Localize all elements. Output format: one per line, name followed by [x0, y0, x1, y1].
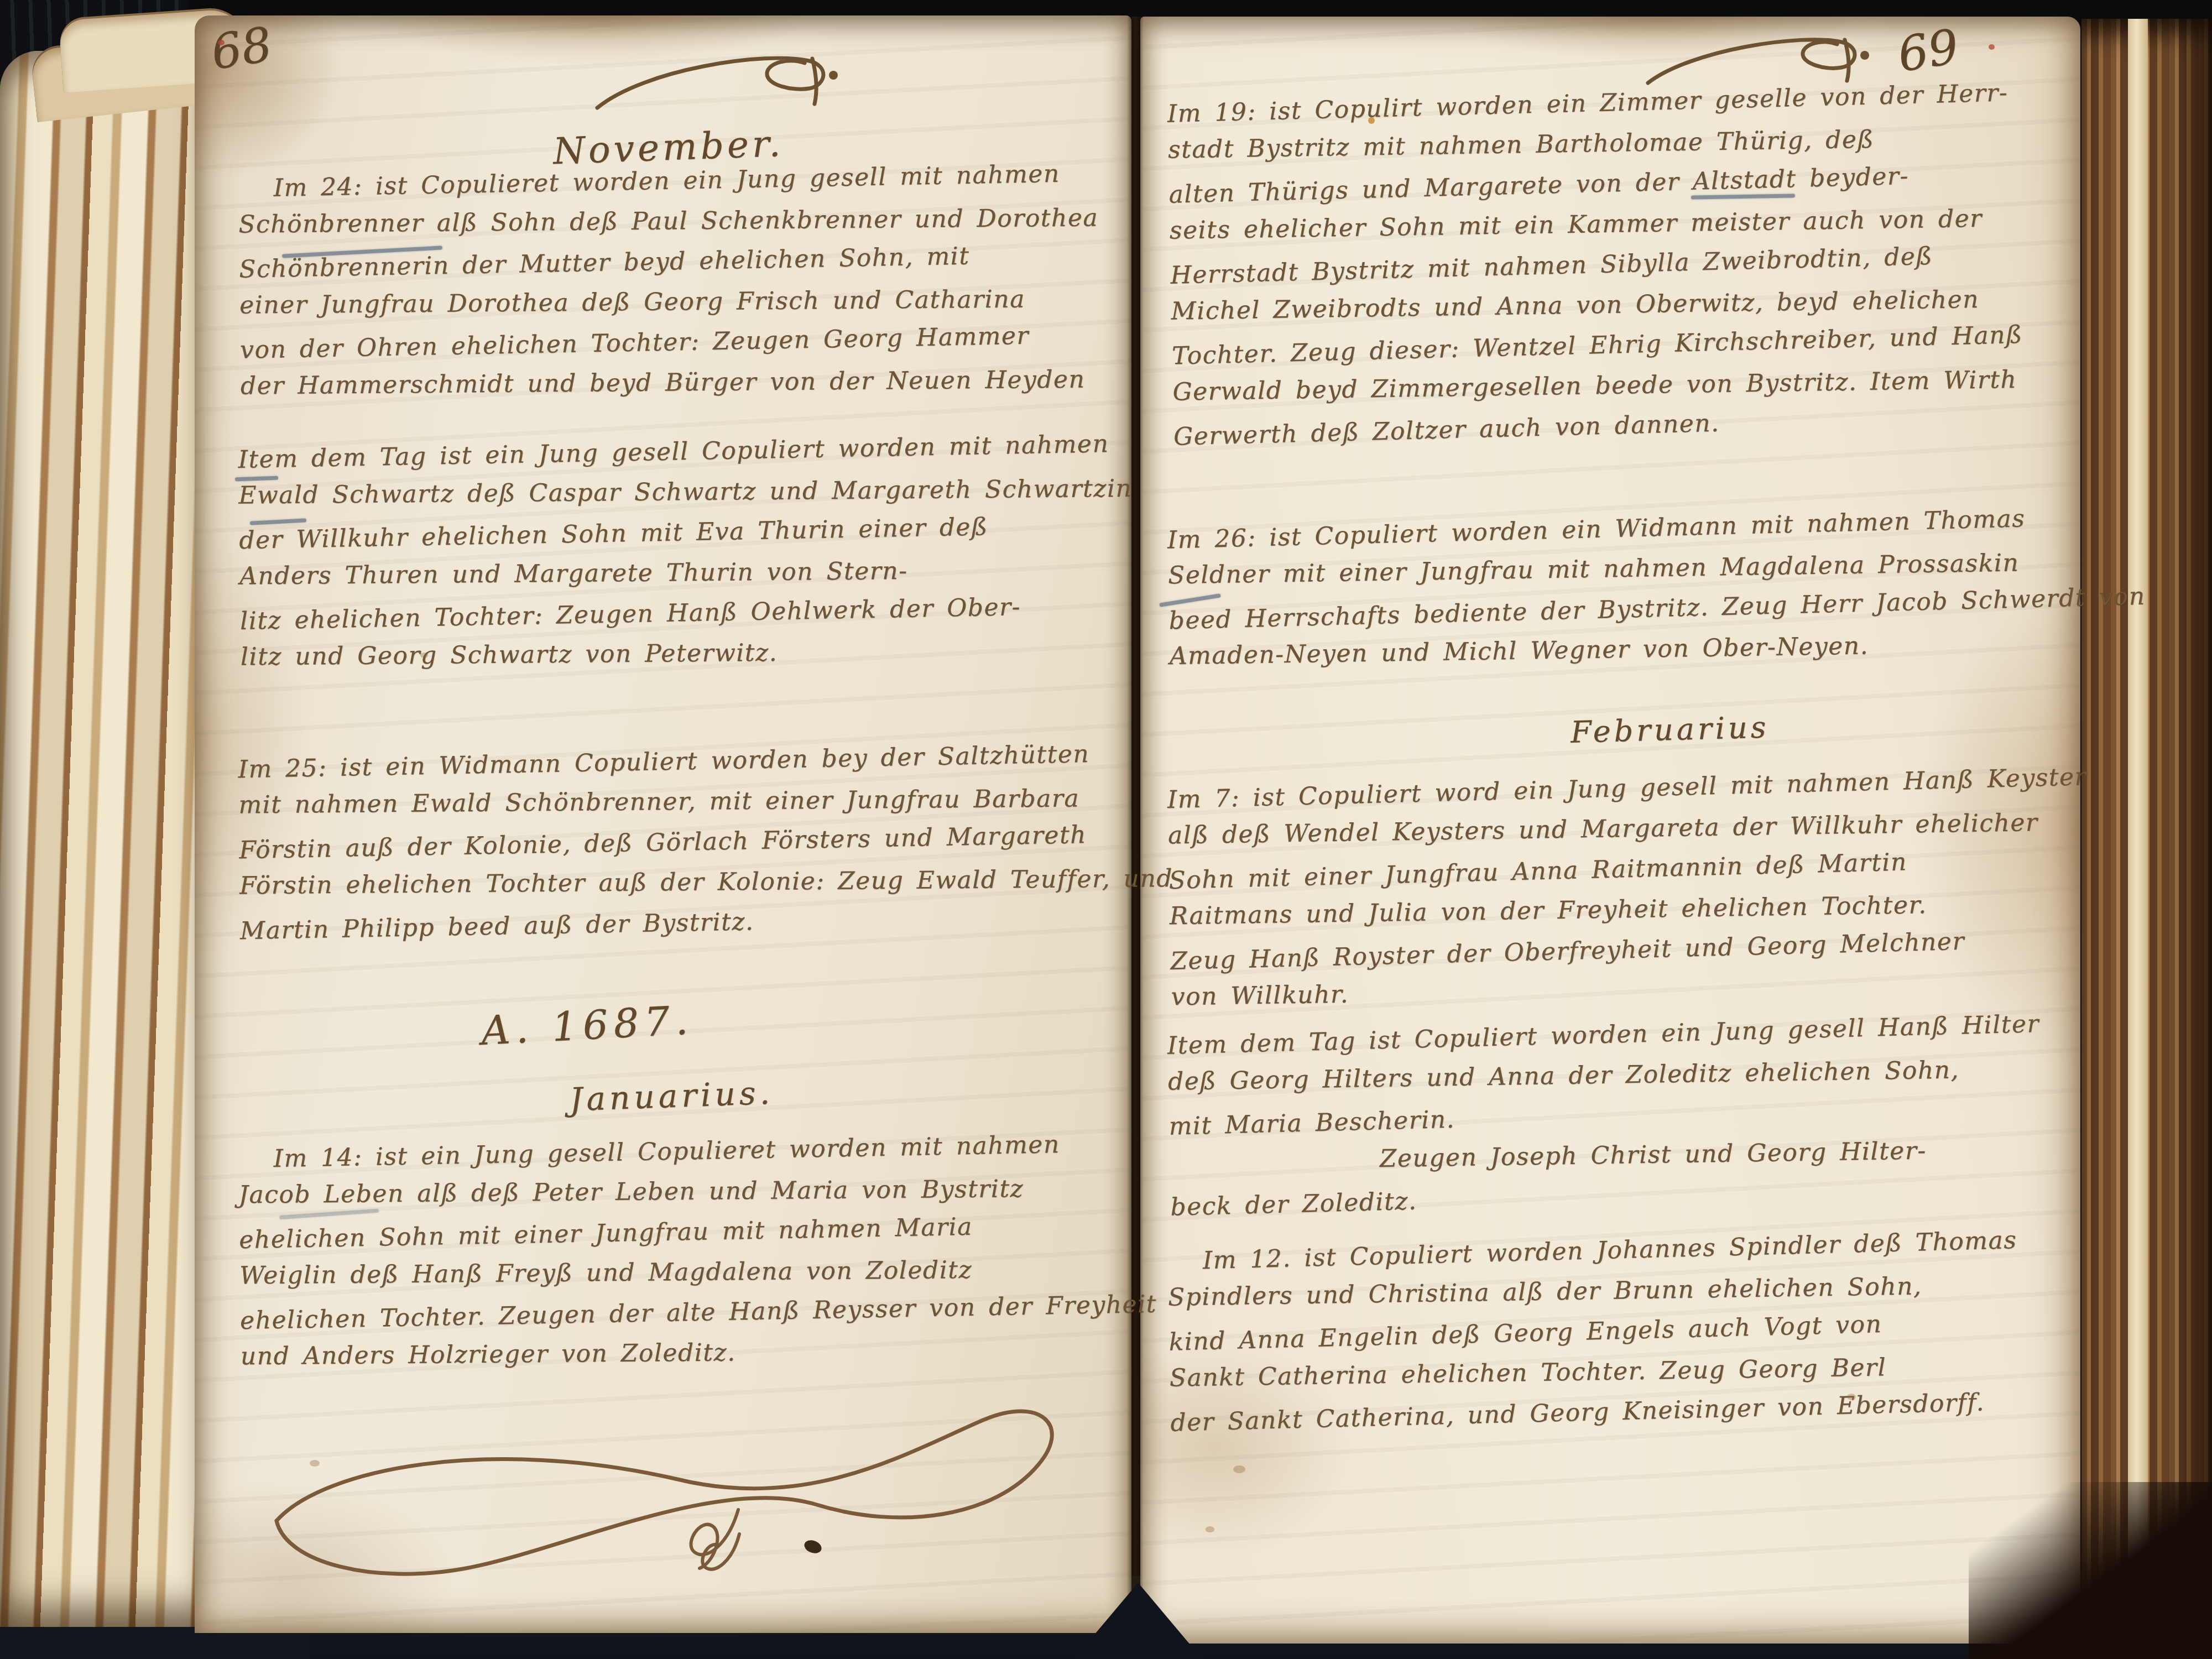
foxing-spot: [310, 1460, 320, 1467]
right-paragraph-3: Im 7: ist Copuliert word ein Jung gesell…: [1167, 759, 2091, 1019]
manuscript-line: und Anders Holzrieger von Zoleditz.: [241, 1329, 1157, 1376]
book-page-stack-left-edge: [0, 51, 211, 1627]
right-paragraph-1: Im 19: ist Copulirt worden ein Zimmer ge…: [1167, 75, 2025, 454]
signature-paraph-flourish-icon: [252, 1385, 1092, 1584]
manuscript-line: litz und Georg Schwartz von Peterwitz.: [241, 630, 1134, 677]
left-paragraph-3: Im 25: ist ein Widmann Copuliert worden …: [238, 735, 1173, 948]
foxing-spot: [420, 653, 428, 658]
right-page-number: 69: [1894, 19, 1963, 83]
table-shadow-right: [1969, 1482, 2212, 1659]
right-paragraph-4: Item dem Tag ist Copuliert worden ein Ju…: [1167, 1006, 2043, 1225]
manuscript-photo-scene: 68 November. Im 24: ist Copulieret worde…: [0, 0, 2212, 1659]
foxing-spot: [1206, 1526, 1214, 1532]
book-fore-edge: [2081, 19, 2212, 1617]
fore-edge-highlight: [2128, 19, 2148, 1617]
februarius-header: Februarius: [1570, 709, 1770, 749]
pen-flourish-icon: [583, 39, 849, 133]
foxing-spot: [1233, 1465, 1245, 1473]
right-paragraph-5: Im 12. ist Copuliert worden Johannes Spi…: [1167, 1222, 2021, 1440]
orange-ink-speck: [1368, 117, 1375, 124]
left-january-paragraph: Im 14: ist ein Jung gesell Copulieret wo…: [238, 1125, 1157, 1379]
januarius-header: Januarius.: [569, 1074, 774, 1119]
left-page-number: 68: [207, 17, 276, 81]
left-paragraph-2: Item dem Tag ist ein Jung gesell Copulie…: [238, 426, 1134, 679]
left-paragraph-1: Im 24: ist Copulieret worden ein Jung ge…: [238, 155, 1100, 408]
red-ink-speck: [1989, 44, 1995, 50]
foxing-spot: [1847, 1394, 1856, 1400]
manuscript-line: der Hammerschmidt und beyd Bürger von de…: [241, 359, 1100, 406]
red-ink-speck: [218, 40, 225, 45]
right-paragraph-2: Im 26: ist Copuliert worden ein Widmann …: [1167, 498, 2147, 679]
